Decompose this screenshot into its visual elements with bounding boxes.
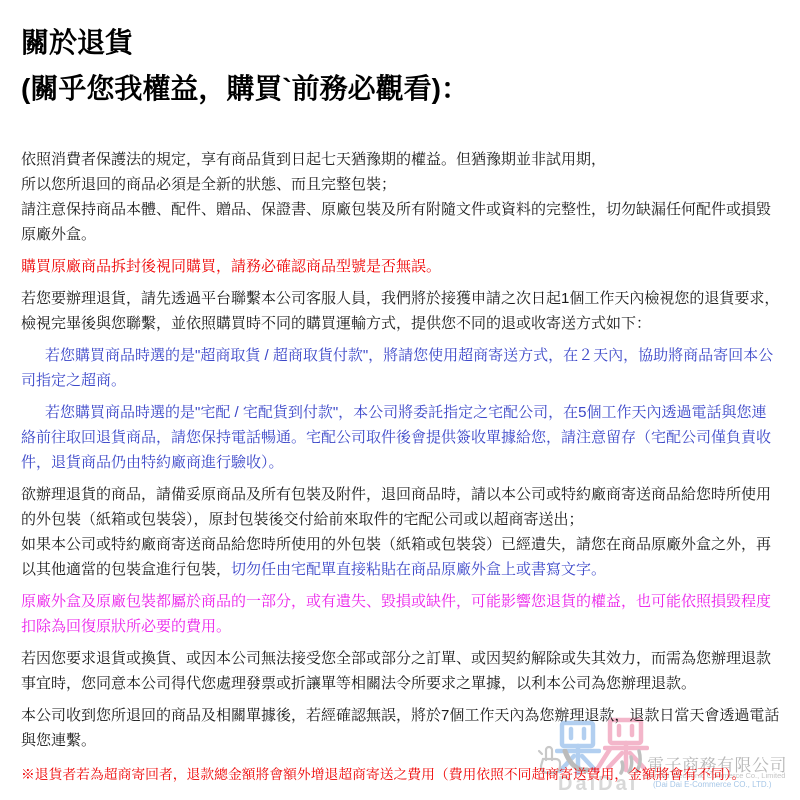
return-policy-document: 關於退貨 (關乎您我權益，購買`前務必觀看)： 依照消費者保護法的規定，享有商品… [0, 0, 800, 787]
opened-product-warning: 購買原廠商品拆封後視同購買，請務必確認商品型號是否無誤。 [21, 254, 781, 279]
page-title-line2: (關乎您我權益，購買`前務必觀看)： [21, 66, 781, 112]
packaging-part2-blue: 切勿任由宅配單直接粘貼在商品原廠外盒上或書寫文字。 [231, 561, 606, 578]
page-title: 關於退貨 (關乎您我權益，購買`前務必觀看)： [21, 20, 781, 112]
packaging-part2: 如果本公司或特約廠商寄送商品給您時所使用的外包裝（紙箱或包裝袋）已經遺失，請您在… [21, 532, 781, 582]
intro-line-3: 請注意保持商品本體、配件、贈品、保證書、原廠包裝及所有附隨文件或資料的完整性，切… [21, 197, 781, 247]
cvs-return-option: 若您購買商品時選的是"超商取貨 / 超商取貨付款"，將請您使用超商寄送方式，在２… [21, 343, 781, 393]
packaging-part1: 欲辦理退貨的商品，請備妥原商品及所有包裝及附件，退回商品時，請以本公司或特約廠商… [21, 482, 781, 532]
refund-timeline-paragraph: 本公司收到您所退回的商品及相關單據後，若經確認無誤，將於7個工作天內為您辦理退款… [21, 703, 781, 753]
packaging-instructions: 欲辦理退貨的商品，請備妥原商品及所有包裝及附件，退回商品時，請以本公司或特約廠商… [21, 482, 781, 582]
refund-documents-paragraph: 若因您要求退貨或換貨、或因本公司無法接受您全部或部分之訂單、或因契約解除或失其效… [21, 646, 781, 696]
intro-line-2: 所以您所退回的商品必須是全新的狀態、而且完整包裝； [21, 172, 781, 197]
intro-line-1: 依照消費者保護法的規定，享有商品貨到日起七天猶豫期的權益。但猶豫期並非試用期， [21, 147, 781, 172]
home-delivery-return-option: 若您購買商品時選的是"宅配 / 宅配貨到付款"，本公司將委託指定之宅配公司，在5… [21, 400, 781, 475]
page-title-line1: 關於退貨 [21, 20, 781, 66]
return-process-paragraph: 若您要辦理退貨，請先透過平台聯繫本公司客服人員，我們將於接獲申請之次日起1個工作… [21, 286, 781, 336]
seven-day-policy-paragraph: 依照消費者保護法的規定，享有商品貨到日起七天猶豫期的權益。但猶豫期並非試用期， … [21, 147, 781, 247]
cvs-fee-note: ※退貨者若為超商寄回者，退款總金額將會額外增退超商寄送之費用（費用依照不同超商寄… [21, 762, 781, 787]
original-box-notice: 原廠外盒及原廠包裝都屬於商品的一部分，或有遺失、毀損或缺件，可能影響您退貨的權益… [21, 589, 781, 639]
